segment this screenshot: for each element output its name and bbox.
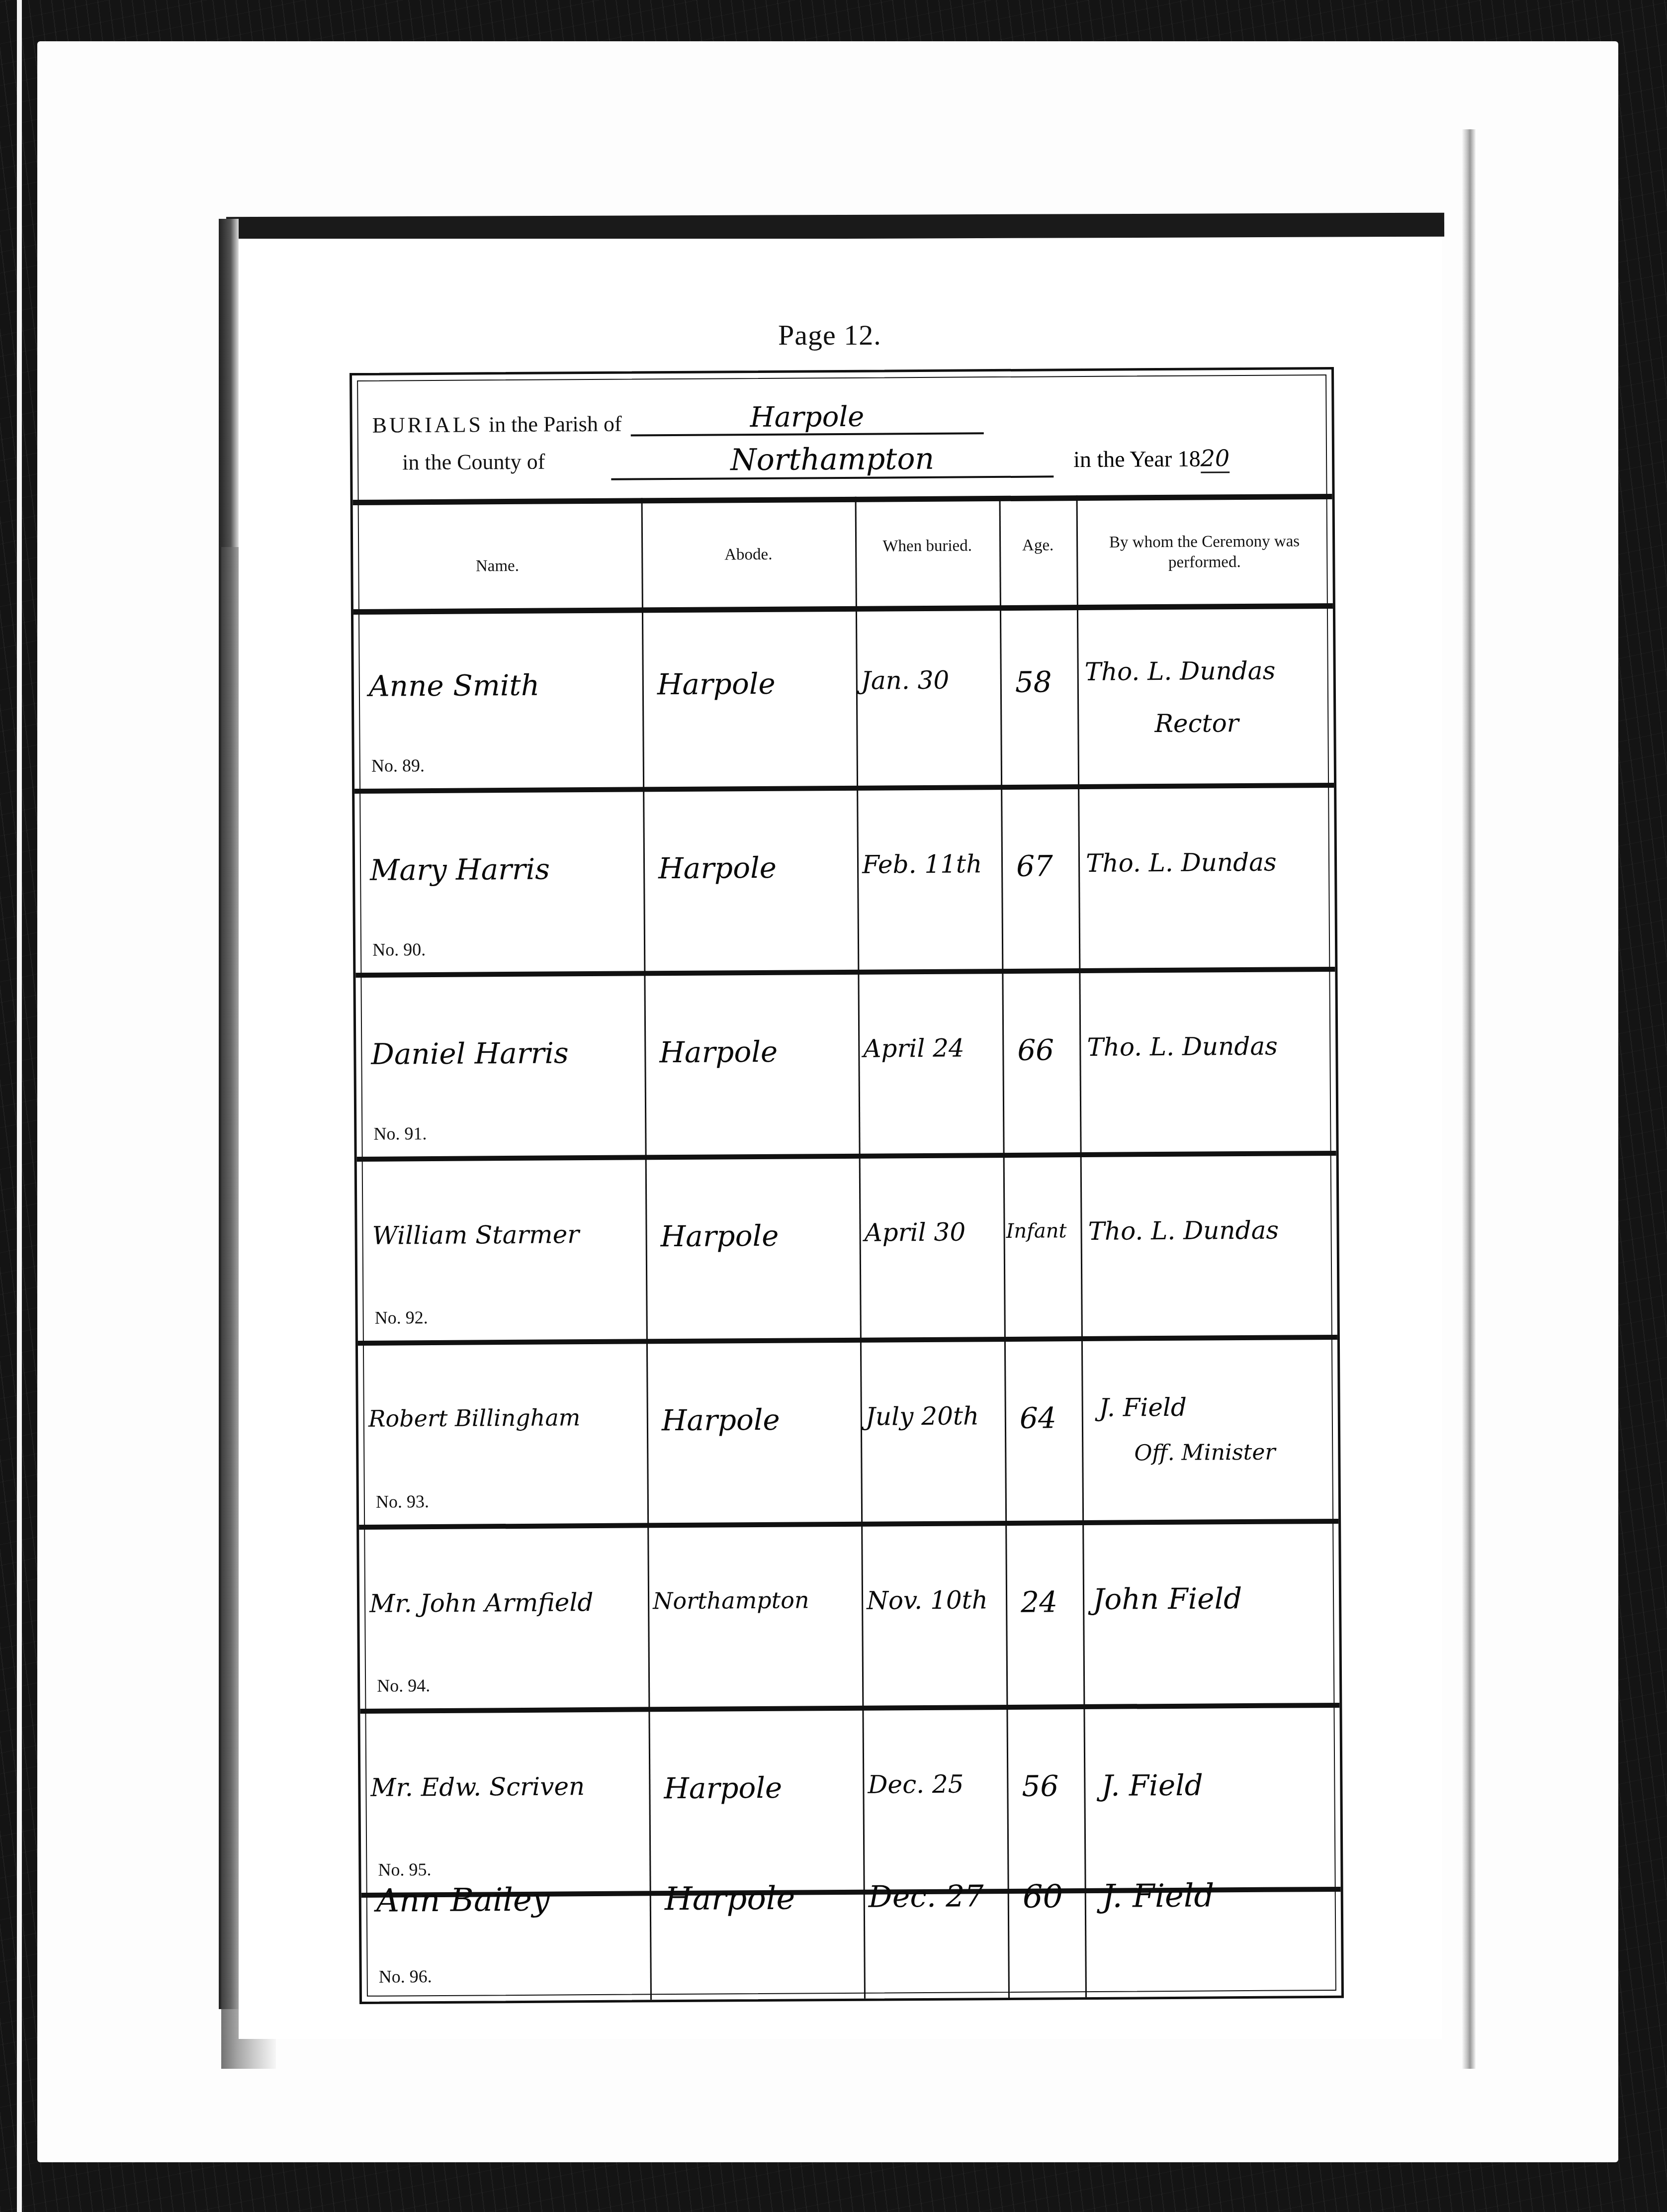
entry-when-buried: Dec. 27 [869,1879,984,1914]
entry-officiant-title: Off. Minister [1134,1440,1275,1466]
entry-abode: Northampton [653,1586,809,1614]
county-prefix: in the County of [402,450,545,475]
entry-when-buried: April 30 [864,1217,965,1247]
entry-age: 58 [1015,665,1052,699]
entry-officiant: J. Field [1101,1768,1203,1803]
entry-number: No. 90. [372,939,426,960]
register-entry: Ann Bailey Harpole Dec. 27 60 J. Field N… [361,1897,1341,1997]
entry-abode: Harpole [665,1880,795,1918]
film-edge-strip [17,0,22,2212]
entry-age: Infant [1006,1219,1066,1243]
year-prefix: in the Year 18 [1073,446,1201,472]
entry-age: 67 [1016,849,1053,883]
entry-when-buried: Feb. 11th [862,849,982,879]
page-fold-shadow [1462,129,1476,2069]
entry-officiant: Tho. L. Dundas [1086,848,1277,878]
entry-officiant: J. Field [1099,1393,1187,1422]
entry-officiant: Tho. L. Dundas [1087,1032,1278,1062]
year-line: in the Year 1820 [1073,445,1229,472]
register-entry: Daniel Harris Harpole April 24 66 Tho. L… [355,977,1336,1162]
column-header-when-buried: When buried. [855,502,1000,606]
book-edge-top [226,213,1444,241]
register-entry: Anne Smith Harpole Jan. 30 58 Tho. L. Du… [353,609,1334,794]
entry-number: No. 91. [373,1123,427,1144]
entry-officiant-title: Rector [1154,709,1239,738]
entry-name: Daniel Harris [371,1036,569,1071]
entry-number: No. 94. [377,1675,430,1696]
entry-name: Anne Smith [369,668,540,703]
parish-prefix: in the Parish of [489,412,622,437]
register-entry: Robert Billingham Harpole July 20th 64 J… [358,1345,1338,1530]
entry-abode: Harpole [659,1035,778,1069]
register-entry: Mr. Edw. Scriven Harpole Dec. 25 56 J. F… [360,1713,1341,1898]
column-header-name: Name. [353,504,642,609]
entry-name: Mr. Edw. Scriven [370,1772,585,1802]
year-value: 20 [1200,445,1229,473]
parish-field: Harpole [630,400,983,436]
burials-label: BURIALS [372,412,483,437]
entry-name: Robert Billingham [368,1404,581,1432]
parish-line: BURIALS in the Parish of Harpole [372,411,621,438]
county-value: Northampton [730,442,934,478]
entry-abode: Harpole [658,851,777,885]
entry-when-buried: Dec. 25 [868,1770,964,1799]
column-header-age: Age. [999,501,1077,605]
entry-name: Mary Harris [370,852,550,887]
entry-age: 24 [1021,1585,1057,1619]
entry-age: 60 [1023,1878,1063,1915]
entry-officiant: J. Field [1102,1877,1215,1915]
register-heading: BURIALS in the Parish of Harpole in the … [352,369,1332,500]
entry-name: William Starmer [372,1220,579,1250]
entry-officiant: John Field [1093,1581,1242,1616]
entry-abode: Harpole [662,1403,780,1437]
entry-number: No. 95. [378,1859,431,1880]
entry-number: No. 89. [371,755,425,776]
parish-value: Harpole [750,401,865,434]
register-entry: Mary Harris Harpole Feb. 11th 67 Tho. L.… [354,793,1335,978]
entry-when-buried: Nov. 10th [867,1585,988,1615]
entry-number: No. 92. [374,1307,428,1328]
entry-when-buried: July 20th [866,1401,979,1431]
entry-number: No. 96. [379,1966,432,1987]
entry-name: Mr. John Armfield [369,1588,594,1618]
entry-age: 56 [1022,1769,1058,1803]
entry-name: Ann Bailey [376,1882,550,1920]
county-field: Northampton [611,441,1053,480]
entry-abode: Harpole [664,1771,782,1805]
entry-abode: Harpole [657,667,776,701]
entry-age: 64 [1020,1401,1056,1435]
entry-officiant: Tho. L. Dundas [1088,1216,1279,1246]
register-entry: Mr. John Armfield Northampton Nov. 10th … [359,1529,1339,1714]
entry-age: 66 [1017,1033,1054,1067]
entry-number: No. 93. [376,1491,429,1512]
entry-when-buried: Jan. 30 [861,666,950,695]
page-number: Page 12. [778,318,881,352]
entry-abode: Harpole [660,1219,779,1253]
county-line: in the County of Northampton [402,449,545,475]
column-header-abode: Abode. [641,503,856,608]
register-entry: William Starmer Harpole April 30 Infant … [357,1161,1337,1346]
entry-officiant: Tho. L. Dundas [1085,656,1276,686]
burial-register-form: BURIALS in the Parish of Harpole in the … [350,367,1344,2004]
entry-when-buried: April 24 [863,1033,965,1063]
column-header-officiant: By whom the Ceremony was performed. [1076,500,1333,605]
